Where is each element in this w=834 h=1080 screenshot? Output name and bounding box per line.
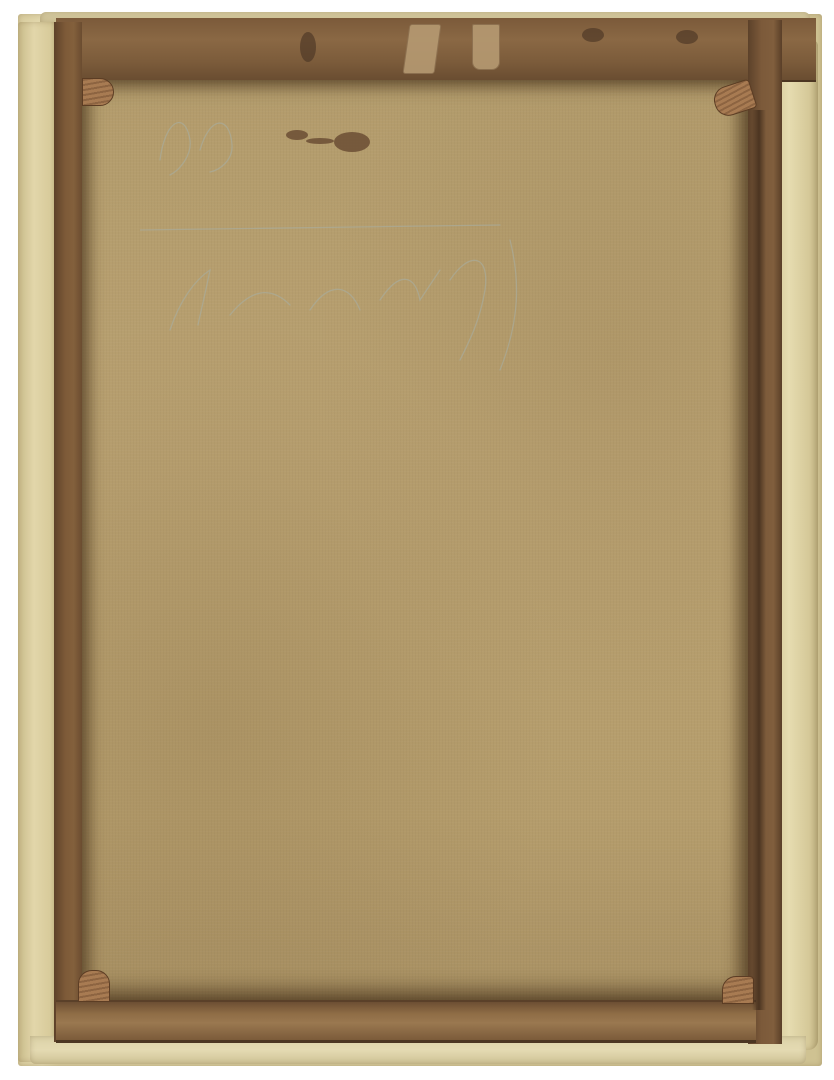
wood-knot [676, 30, 698, 44]
canvas-back-photo: Reverse side of a linen canvas showing w… [0, 0, 834, 1080]
corner-key-bottom-left [78, 970, 110, 1002]
paper-patch [472, 24, 500, 70]
canvas-reverse-surface [82, 80, 748, 1000]
wood-knot [300, 32, 316, 62]
canvas-left-fold [18, 22, 58, 1062]
stain-mark [334, 132, 370, 152]
stretcher-bar-left [54, 22, 82, 1042]
canvas-gap-shadow [752, 110, 766, 1010]
corner-key-bottom-right [722, 976, 754, 1004]
wood-knot [582, 28, 604, 42]
corner-key-top-left [82, 78, 114, 106]
stain-mark [306, 138, 334, 144]
stretcher-bar-bottom [56, 1000, 756, 1043]
stain-mark [286, 130, 308, 140]
